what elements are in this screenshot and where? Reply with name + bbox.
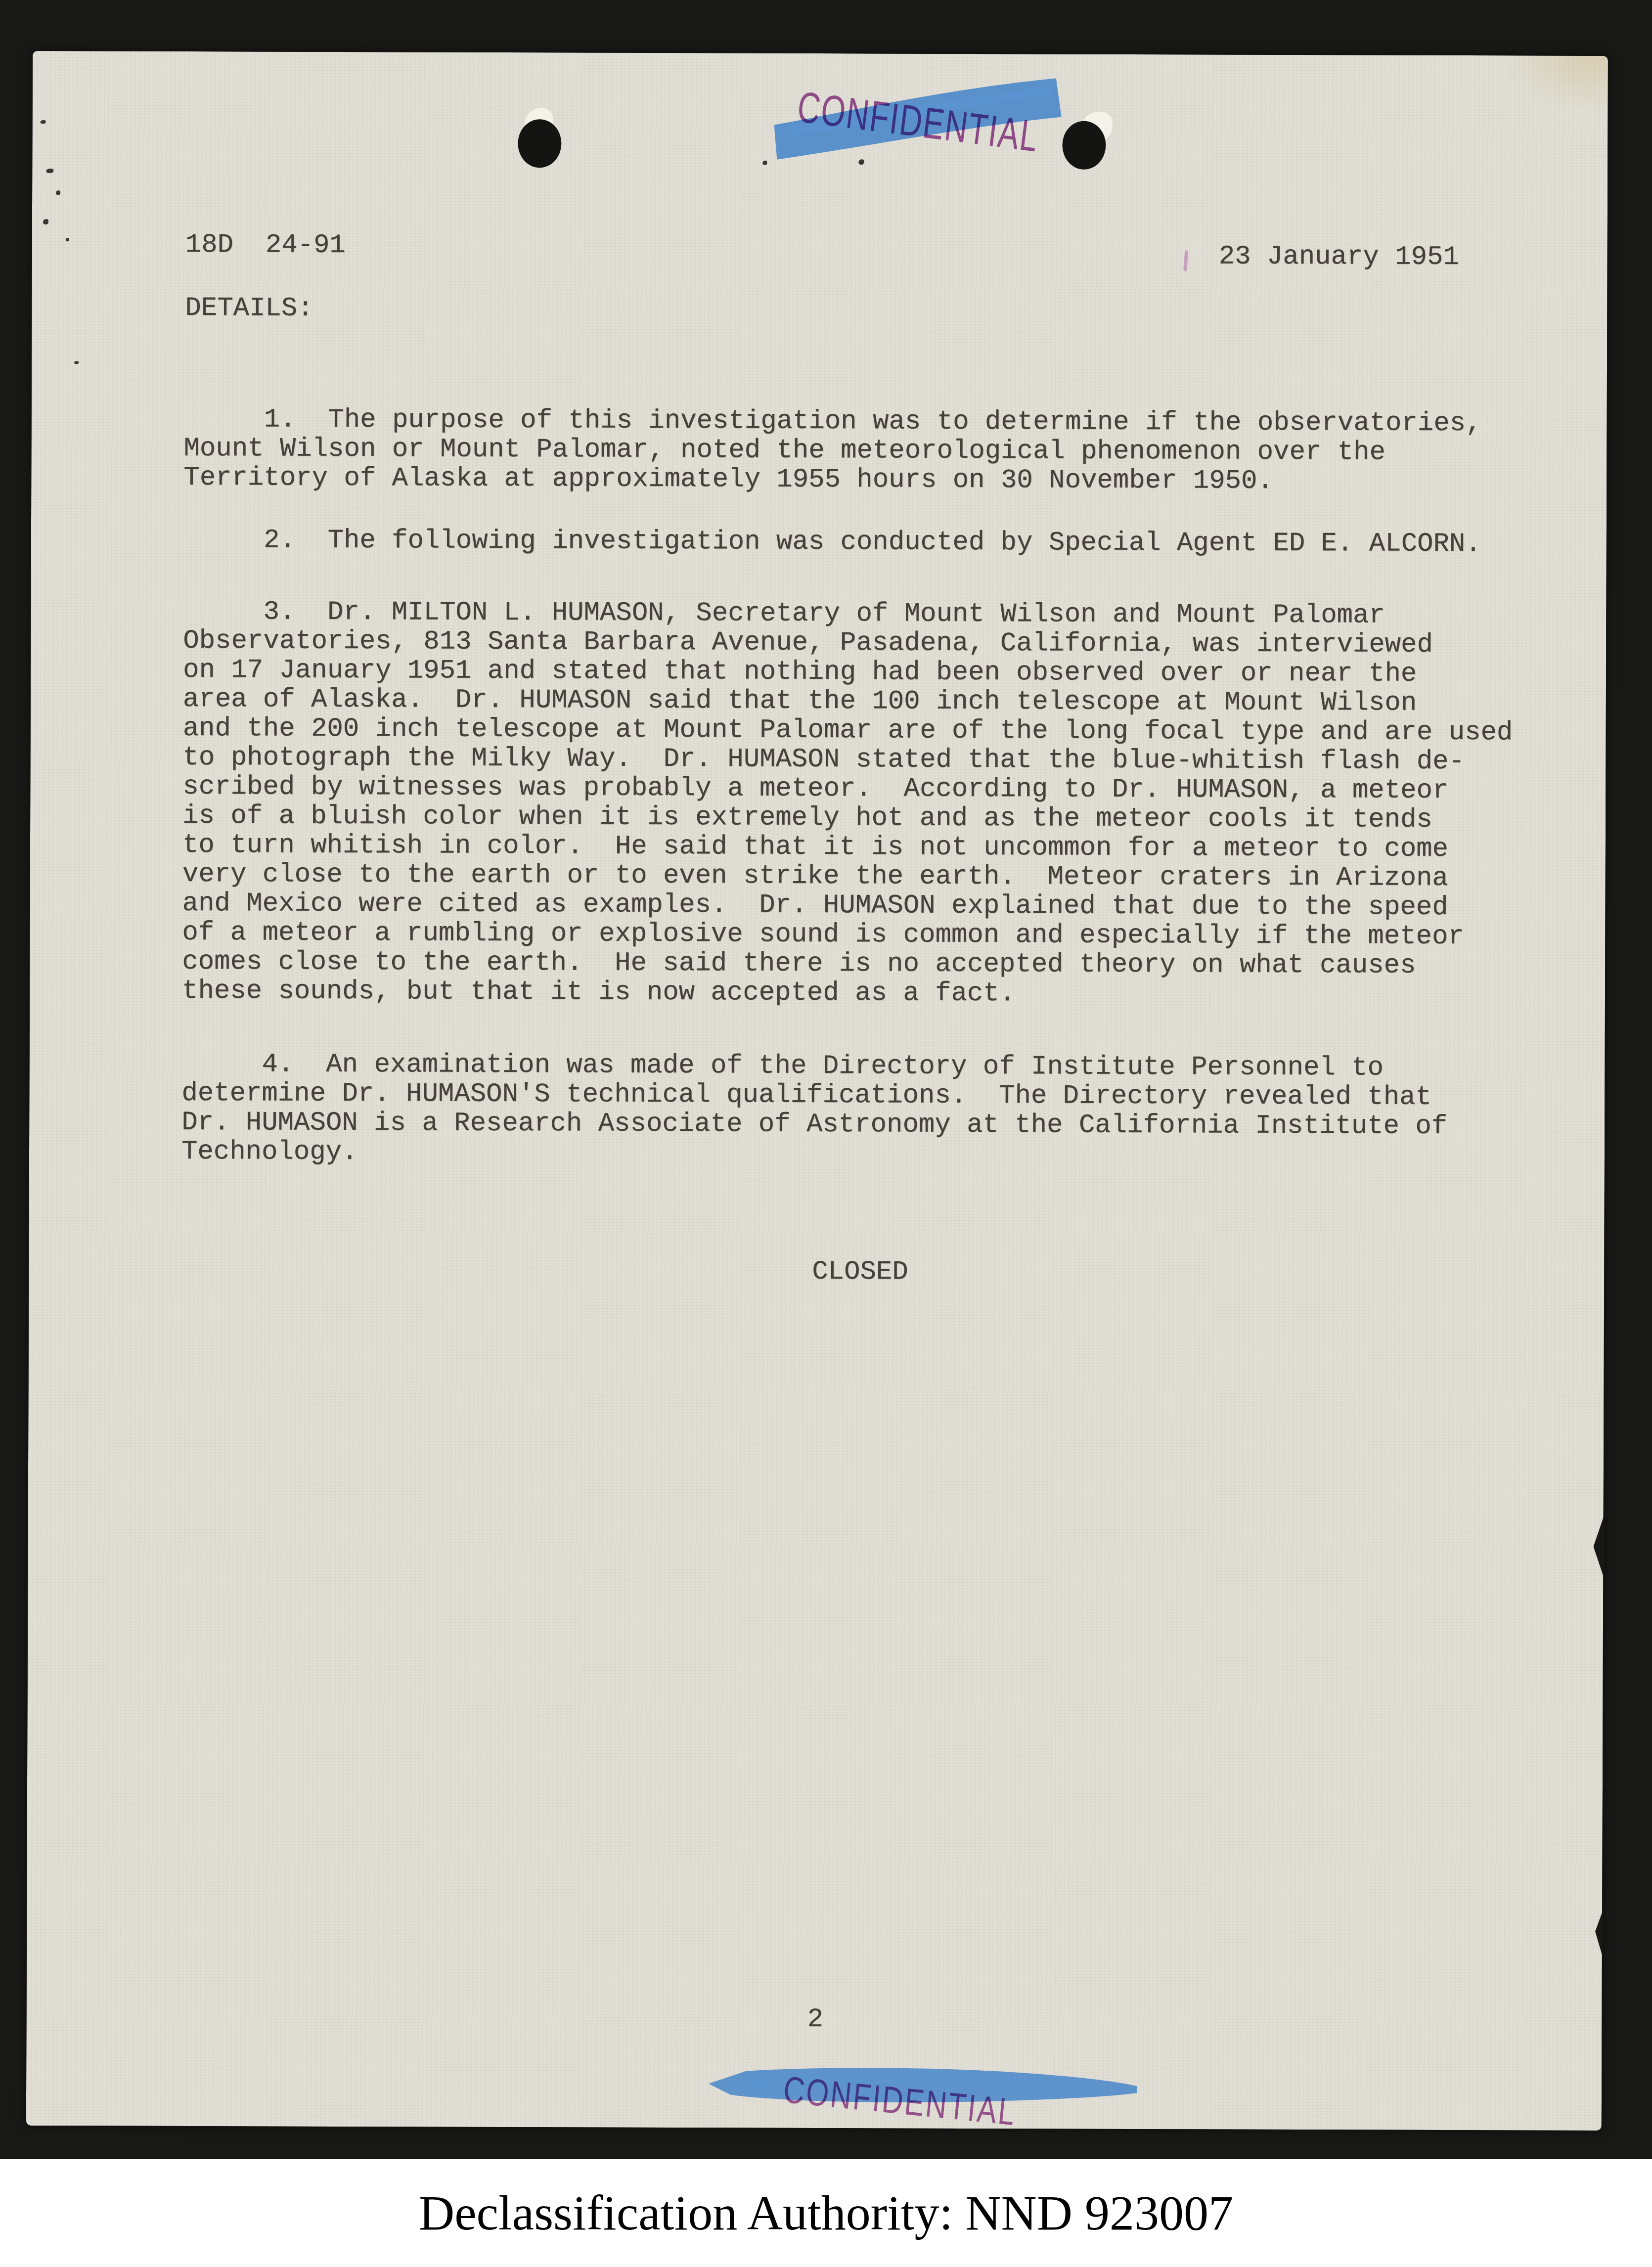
- dirt-speck: [74, 361, 79, 364]
- dirt-speck: [41, 120, 46, 124]
- page-number: 2: [807, 2005, 823, 2034]
- paragraph-1: 1. The purpose of this investigation was…: [183, 405, 1481, 496]
- dirt-speck: [43, 219, 48, 224]
- dirt-speck: [56, 190, 60, 195]
- declassification-text: Declassification Authority: NND 923007: [0, 2159, 1652, 2267]
- paragraph-2: 2. The following investigation was condu…: [183, 526, 1481, 559]
- dirt-speck: [858, 159, 864, 165]
- confidential-stamp-top: CONFIDENTIAL: [761, 67, 1078, 172]
- punch-hole-left: [518, 119, 561, 168]
- details-heading: DETAILS:: [185, 294, 313, 323]
- declassification-footer: Declassification Authority: NND 923007: [0, 2159, 1652, 2267]
- dirt-speck: [762, 161, 767, 165]
- paper-tear: [1595, 1911, 1603, 1956]
- document-date: 23 January 1951: [1219, 242, 1459, 272]
- file-number: 18D 24-91: [185, 230, 346, 260]
- paragraph-4: 4. An examination was made of the Direct…: [181, 1050, 1448, 1170]
- closed-status: CLOSED: [812, 1257, 908, 1287]
- document-page: CONFIDENTIAL 18D 24-91 23 January 1951 D…: [26, 51, 1608, 2131]
- confidential-stamp-bottom: CONFIDENTIAL: [701, 2054, 1146, 2130]
- paragraph-3: 3. Dr. MILTON L. HUMASON, Secretary of M…: [182, 597, 1513, 1010]
- paper-tear: [1593, 1514, 1604, 1579]
- dirt-speck: [46, 169, 53, 173]
- punch-hole-right: [1062, 121, 1106, 170]
- dirt-speck: [66, 238, 69, 241]
- scan-background: CONFIDENTIAL 18D 24-91 23 January 1951 D…: [0, 0, 1652, 2267]
- stamp-ink-smudge: [1183, 250, 1188, 271]
